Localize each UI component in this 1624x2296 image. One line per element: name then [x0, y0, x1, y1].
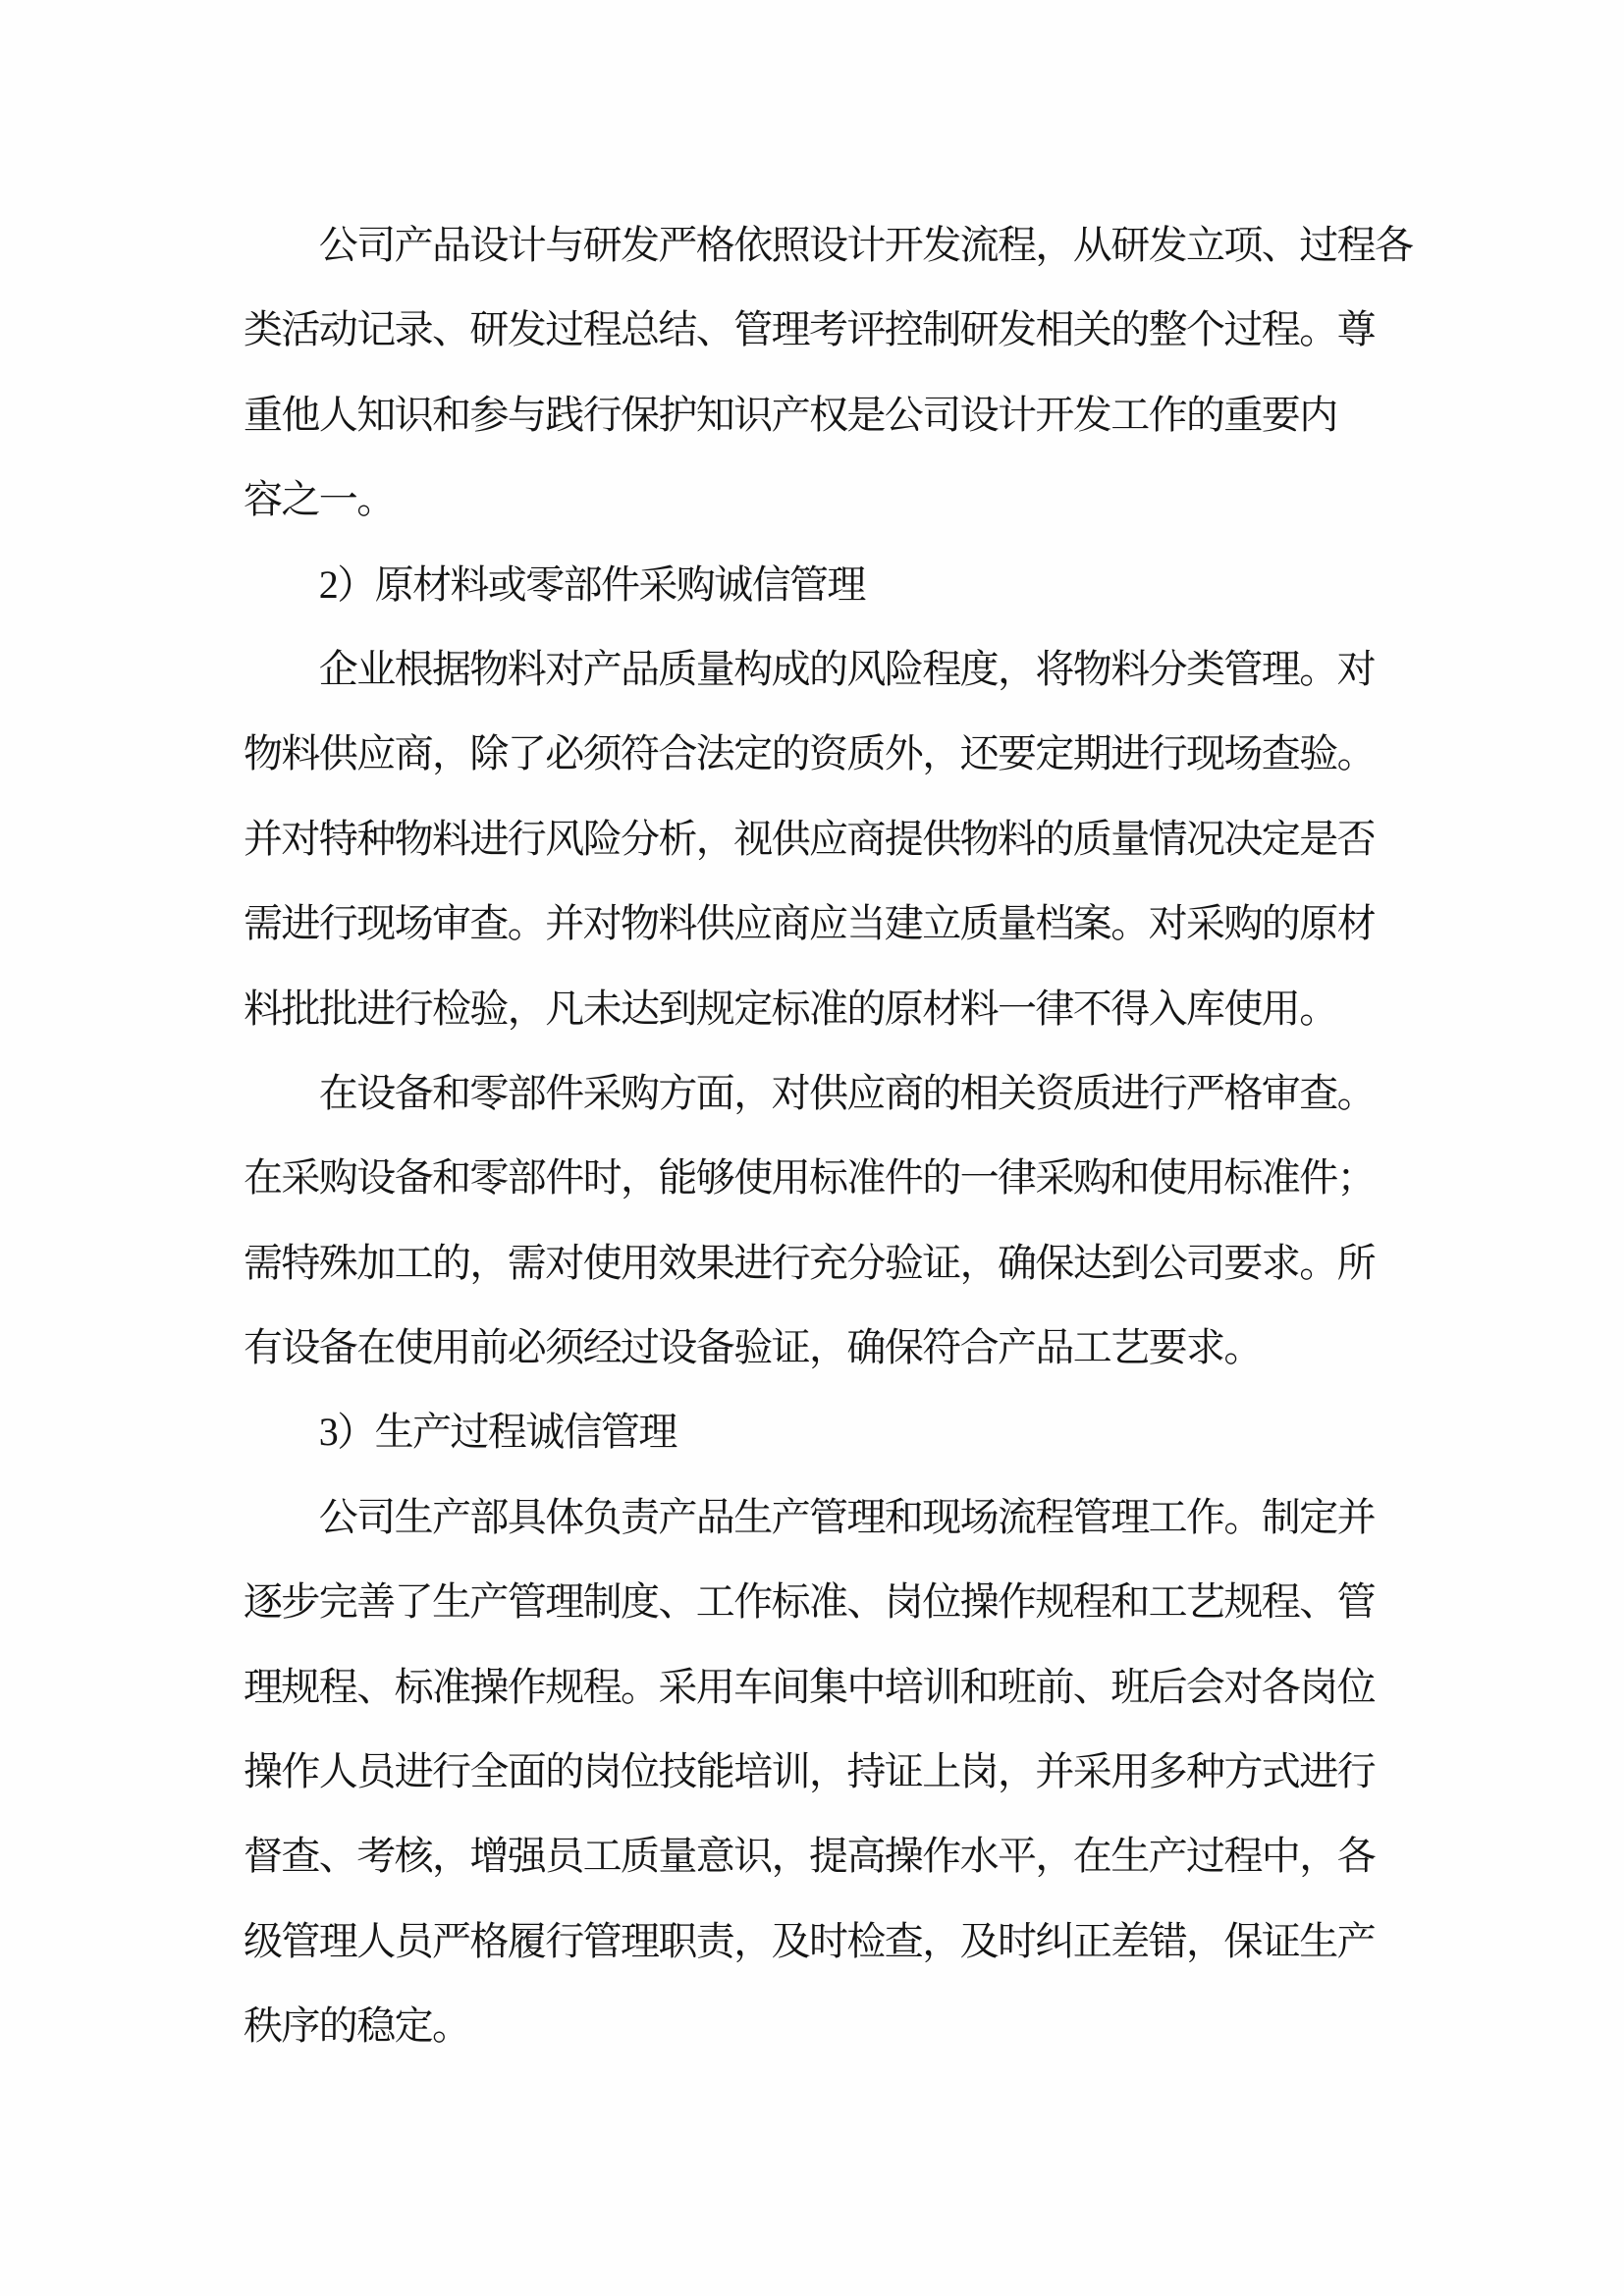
text-line: 容之一。: [244, 457, 1382, 542]
document-page: 公司产品设计与研发严格依照设计开发流程，从研发立项、过程各类活动记录、研发过程总…: [0, 0, 1624, 2296]
section-heading: 3）生产过程诚信管理: [244, 1390, 1382, 1474]
paragraph: 在设备和零部件采购方面，对供应商的相关资质进行严格审查。在采购设备和零部件时，能…: [244, 1051, 1382, 1391]
text-line: 需进行现场审查。并对物料供应商应当建立质量档案。对采购的原材: [244, 881, 1382, 966]
text-line: 2）原材料或零部件采购诚信管理: [244, 543, 1382, 627]
text-line: 重他人知识和参与践行保护知识产权是公司设计开发工作的重要内: [244, 373, 1382, 457]
text-line: 公司产品设计与研发严格依照设计开发流程，从研发立项、过程各: [244, 203, 1382, 288]
text-line: 料批批进行检验，凡未达到规定标准的原材料一律不得入库使用。: [244, 967, 1382, 1051]
text-line: 督查、考核，增强员工质量意识，提高操作水平，在生产过程中，各: [244, 1814, 1382, 1898]
text-line: 逐步完善了生产管理制度、工作标准、岗位操作规程和工艺规程、管: [244, 1560, 1382, 1644]
paragraph: 企业根据物料对产品质量构成的风险程度，将物料分类管理。对物料供应商，除了必须符合…: [244, 627, 1382, 1051]
text-line: 有设备在使用前必须经过设备验证，确保符合产品工艺要求。: [244, 1306, 1382, 1390]
section-heading: 2）原材料或零部件采购诚信管理: [244, 543, 1382, 627]
text-line: 在采购设备和零部件时，能够使用标准件的一律采购和使用标准件；: [244, 1136, 1382, 1220]
text-line: 物料供应商，除了必须符合法定的资质外，还要定期进行现场查验。: [244, 712, 1382, 796]
paragraph: 公司生产部具体负责产品生产管理和现场流程管理工作。制定并逐步完善了生产管理制度、…: [244, 1475, 1382, 2069]
paragraph: 公司产品设计与研发严格依照设计开发流程，从研发立项、过程各类活动记录、研发过程总…: [244, 203, 1382, 543]
text-line: 理规程、标准操作规程。采用车间集中培训和班前、班后会对各岗位: [244, 1645, 1382, 1730]
text-line: 在设备和零部件采购方面，对供应商的相关资质进行严格审查。: [244, 1051, 1382, 1136]
text-line: 公司生产部具体负责产品生产管理和现场流程管理工作。制定并: [244, 1475, 1382, 1560]
text-line: 类活动记录、研发过程总结、管理考评控制研发相关的整个过程。尊: [244, 288, 1382, 372]
document-body: 公司产品设计与研发严格依照设计开发流程，从研发立项、过程各类活动记录、研发过程总…: [244, 203, 1382, 2069]
text-line: 3）生产过程诚信管理: [244, 1390, 1382, 1474]
text-line: 级管理人员严格履行管理职责，及时检查，及时纠正差错，保证生产: [244, 1899, 1382, 1984]
text-line: 秩序的稳定。: [244, 1984, 1382, 2068]
text-line: 需特殊加工的，需对使用效果进行充分验证，确保达到公司要求。所: [244, 1221, 1382, 1306]
text-line: 企业根据物料对产品质量构成的风险程度，将物料分类管理。对: [244, 627, 1382, 712]
text-line: 并对特种物料进行风险分析，视供应商提供物料的质量情况决定是否: [244, 797, 1382, 881]
text-line: 操作人员进行全面的岗位技能培训，持证上岗，并采用多种方式进行: [244, 1730, 1382, 1814]
